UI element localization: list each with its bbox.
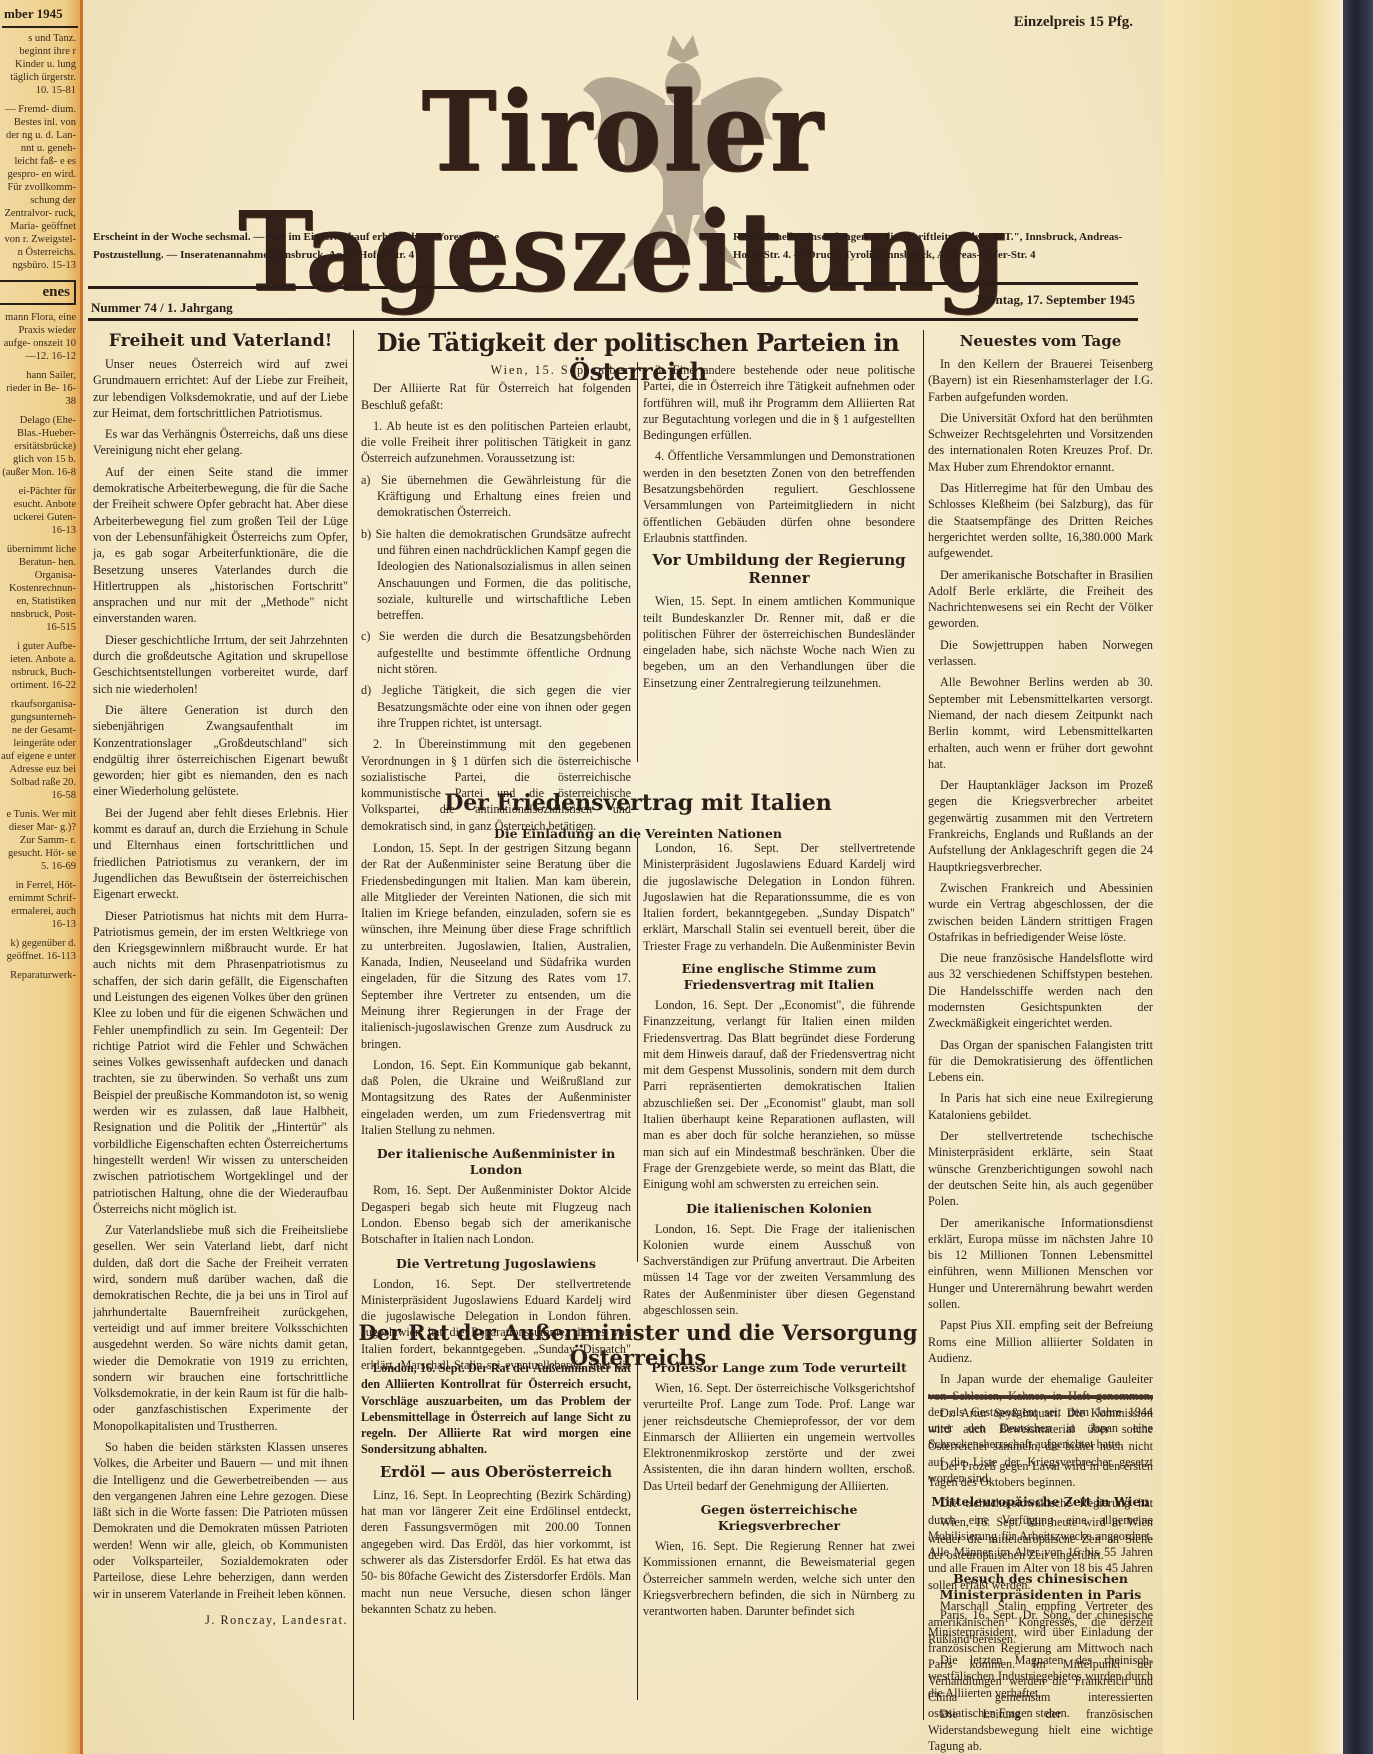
article-italien-part2: London, 16. Sept. Der stellvertretende M… [643, 840, 915, 1323]
article-paragraph: London, 16. Sept. Ein Kommunique gab bek… [361, 1057, 631, 1138]
article-paragraph: Rom, 16. Sept. Der Außenminister Doktor … [361, 1182, 631, 1247]
article-paragraph: Dieser Patriotismus hat nichts mit dem H… [93, 908, 348, 1218]
article-paragraph: Alle Bewohner Berlins werden ab 30. Sept… [928, 674, 1153, 772]
article-paragraph: Papst Pius XII. empfing seit der Befreiu… [928, 1317, 1153, 1366]
article-paragraph: London, 16. Sept. Die Frage der italieni… [643, 1221, 915, 1319]
article-paragraph: b) Sie halten die demokratischen Grundsä… [361, 526, 631, 624]
article-paragraph: Linz, 16. Sept. In Leoprechting (Bezirk … [361, 1487, 631, 1617]
article-paragraph: Dieser geschichtliche Irrtum, der seit J… [93, 632, 348, 697]
article-paragraph: Wien, 16. Sept. Der österreichische Volk… [643, 1380, 915, 1494]
article-subheadline: Die Vertretung Jugoslawiens [361, 1256, 631, 1272]
article-subheadline: Mitteleuropäische Zeit in Wien [928, 1494, 1153, 1510]
book-binding [1343, 0, 1373, 1754]
article-signature: J. Ronczay, Landesrat. [93, 1612, 348, 1628]
article-paragraph: rkaufsorganisa- gungsunterneh- ne der Ge… [0, 698, 80, 802]
divider [88, 286, 518, 289]
imprint-publication-info: Erscheint in der Woche sechsmal. — Nur i… [93, 228, 513, 264]
previous-page-section-box: enes [0, 280, 76, 305]
article-paragraph: 4. Öffentliche Versammlungen und Demonst… [643, 448, 915, 546]
article-paragraph: übernimmt liche Beratun- hen. Organisa- … [0, 543, 80, 634]
article-paragraph: in Ferrel, Höt- ernimmt Schrif- ermalere… [0, 879, 80, 931]
article-paragraph: Es war das Verhängnis Österreichs, daß u… [93, 426, 348, 459]
divider [733, 282, 1138, 285]
article-dateline: Wien, 15. September [361, 362, 631, 378]
article-paragraph: a) Sie übernehmen die Gewährleistung für… [361, 472, 631, 521]
article-paragraph: e Tunis. Wer mit dieser Mar- g.)? Zur Sa… [0, 808, 80, 873]
article-paragraph: — Fremd- dium. Bestes inl. von der ng u.… [0, 103, 80, 272]
article-subheadline: Professor Lange zum Tode verurteilt [643, 1360, 915, 1376]
article-paragraph: mann Flora, eine Praxis wieder aufge- on… [0, 311, 80, 363]
article-paragraph: d) Jegliche Tätigkeit, die sich gegen di… [361, 682, 631, 731]
article-paragraph: Der stellvertretende tschechische Minist… [928, 1128, 1153, 1209]
article-paragraph: hann Sailer, rieder in Be- 16-38 [0, 369, 80, 408]
newspaper-page: Einzelpreis 15 Pfg. Tiroler Tageszeitung… [83, 0, 1163, 1754]
article-paragraph: London, 16. Sept. Der stellvertretende M… [643, 840, 915, 953]
article-paragraph: London, 15. Sept. In der gestrigen Sitzu… [361, 840, 631, 1052]
article-paragraph: 3. Eine andere bestehende oder neue poli… [643, 362, 915, 443]
article-paragraph: ei-Pächter für esucht. Anbote uckerei Gu… [0, 485, 80, 537]
column-rule [353, 330, 354, 1720]
article-subheadline: Der italienische Außenminister in London [361, 1146, 631, 1178]
page-edge [1163, 0, 1343, 1754]
column-rule [637, 1360, 638, 1700]
article-paragraph: 1. Ab heute ist es den politischen Parte… [361, 418, 631, 467]
price: Einzelpreis 15 Pfg. [1014, 14, 1133, 31]
article-paragraph: Die ältere Generation ist durch den sieb… [93, 702, 348, 800]
column-rule [637, 362, 638, 762]
article-paragraph: Die Sowjettruppen haben Norwegen verlass… [928, 637, 1153, 670]
article-paragraph: Unser neues Österreich wird auf zwei Gru… [93, 356, 348, 421]
article-versorgung-part2: Professor Lange zum Tode verurteilt Wien… [643, 1360, 915, 1625]
article-headline: Vor Umbildung der Regierung Renner [643, 551, 915, 587]
article-parteien-part2: 3. Eine andere bestehende oder neue poli… [643, 362, 915, 696]
article-paragraph: London, 16. Sept. Der „Economist", die f… [643, 997, 915, 1193]
article-paragraph: Paris, 16. Sept. Dr. Song, der chinesisc… [928, 1607, 1153, 1721]
previous-page-header: mber 1945 [0, 0, 80, 22]
article-paragraph: Auf der einen Seite stand die immer demo… [93, 464, 348, 627]
article-italien-part1: London, 15. Sept. In der gestrigen Sitzu… [361, 840, 631, 1377]
article-paragraph: k) gegenüber d. geöffnet. 16-113 [0, 937, 80, 963]
article-neuestes-continued: Dr. Artur Seyß-Inquart. Die Kommission w… [928, 1405, 1153, 1726]
issue-number: Nummer 74 / 1. Jahrgang [91, 300, 233, 316]
divider [928, 1395, 1153, 1399]
article-paragraph: Der amerikanische Informationsdienst erk… [928, 1215, 1153, 1313]
article-paragraph: Das Hitlerregime hat für den Umbau des S… [928, 480, 1153, 561]
article-paragraph: London, 16. Sept. Der Rat der Außenminis… [361, 1360, 631, 1458]
previous-page-snippets-lower: mann Flora, eine Praxis wieder aufge- on… [0, 311, 80, 982]
article-subheadline: Die italienischen Kolonien [643, 1201, 915, 1217]
article-paragraph: So haben die beiden stärksten Klassen un… [93, 1439, 348, 1602]
article-headline: Freiheit und Vaterland! [93, 332, 348, 350]
previous-page-snippets: s und Tanz. beginnt ihre r Kinder u. lun… [0, 32, 80, 272]
article-paragraph: Wien, 15. Sept. In einem amtlichen Kommu… [643, 593, 915, 691]
newspaper-title: Tiroler Tageszeitung [126, 72, 1120, 312]
column-rule [637, 838, 638, 1262]
article-paragraph: Zur Vaterlandsliebe muß sich die Freihei… [93, 1222, 348, 1434]
article-body: Unser neues Österreich wird auf zwei Gru… [93, 356, 348, 1602]
previous-page-strip: mber 1945 s und Tanz. beginnt ihre r Kin… [0, 0, 83, 1754]
issue-date: Montag, 17. September 1945 [977, 292, 1135, 308]
article-headline: Neuestes vom Tage [928, 332, 1153, 350]
article-subheadline: Besuch des chinesischen Ministerpräsiden… [928, 1571, 1153, 1603]
article-versorgung-part1: London, 16. Sept. Der Rat der Außenminis… [361, 1360, 631, 1622]
condition-list: a) Sie übernehmen die Gewährleistung für… [361, 472, 631, 731]
article-subheadline: Gegen österreichische Kriegsverbrecher [643, 1502, 915, 1534]
article-parteien-part1: Wien, 15. September Der Alliierte Rat fü… [361, 362, 631, 839]
article-subheadline: Eine englische Stimme zum Friedensvertra… [643, 961, 915, 993]
article-body: London, 15. Sept. In der gestrigen Sitzu… [361, 840, 631, 1138]
article-paragraph: Die neue französische Handelsflotte wird… [928, 950, 1153, 1031]
article-paragraph: i guter Aufbe- ieten. Anbote a. nsbruck,… [0, 640, 80, 692]
article-paragraph: 2. In Übereinstimmung mit den gegebenen … [361, 736, 631, 834]
article-paragraph: s und Tanz. beginnt ihre r Kinder u. lun… [0, 32, 80, 97]
article-freiheit-und-vaterland: Freiheit und Vaterland! Unser neues Öste… [93, 328, 348, 1628]
article-headline-italien: Der Friedensvertrag mit Italien [358, 790, 918, 816]
article-paragraph: Das Organ der spanischen Falangisten tri… [928, 1037, 1153, 1086]
column-rule [923, 330, 924, 1720]
divider [88, 318, 1138, 321]
article-paragraph: c) Sie werden die durch die Besatzungsbe… [361, 628, 631, 677]
article-paragraph: Wien, 16. Sept. Die Regierung Renner hat… [643, 1538, 915, 1619]
article-paragraph: Delago (Ehe- Blas.-Hueber- ersitätsbrück… [0, 414, 80, 479]
article-subheadline: Erdöl — aus Oberösterreich [361, 1463, 631, 1481]
article-paragraph: In Paris hat sich eine neue Exilregierun… [928, 1090, 1153, 1123]
article-paragraph: Der amerikanische Botschafter in Brasili… [928, 567, 1153, 632]
article-paragraph: Dr. Artur Seyß-Inquart. Die Kommission w… [928, 1405, 1153, 1486]
divider [2, 26, 78, 28]
article-paragraph: Zwischen Frankreich und Abessinien wurde… [928, 880, 1153, 945]
imprint-editorial-info: Redaktionelle Einsendungen an die Schrif… [733, 228, 1133, 264]
article-paragraph: In den Kellern der Brauerei Teisenberg (… [928, 356, 1153, 405]
article-paragraph: Reparaturwerk- [0, 969, 80, 982]
article-paragraph: Der Alliierte Rat für Österreich hat fol… [361, 380, 631, 413]
article-paragraph: Die Universität Oxford hat den berühmten… [928, 410, 1153, 475]
article-paragraph: Der Hauptankläger Jackson im Prozeß gege… [928, 777, 1153, 875]
article-paragraph: Wien, 16. Sept. Mit heute wird in Wien w… [928, 1514, 1153, 1563]
article-paragraph: Bei der Jugend aber fehlt dieses Erlebni… [93, 805, 348, 903]
